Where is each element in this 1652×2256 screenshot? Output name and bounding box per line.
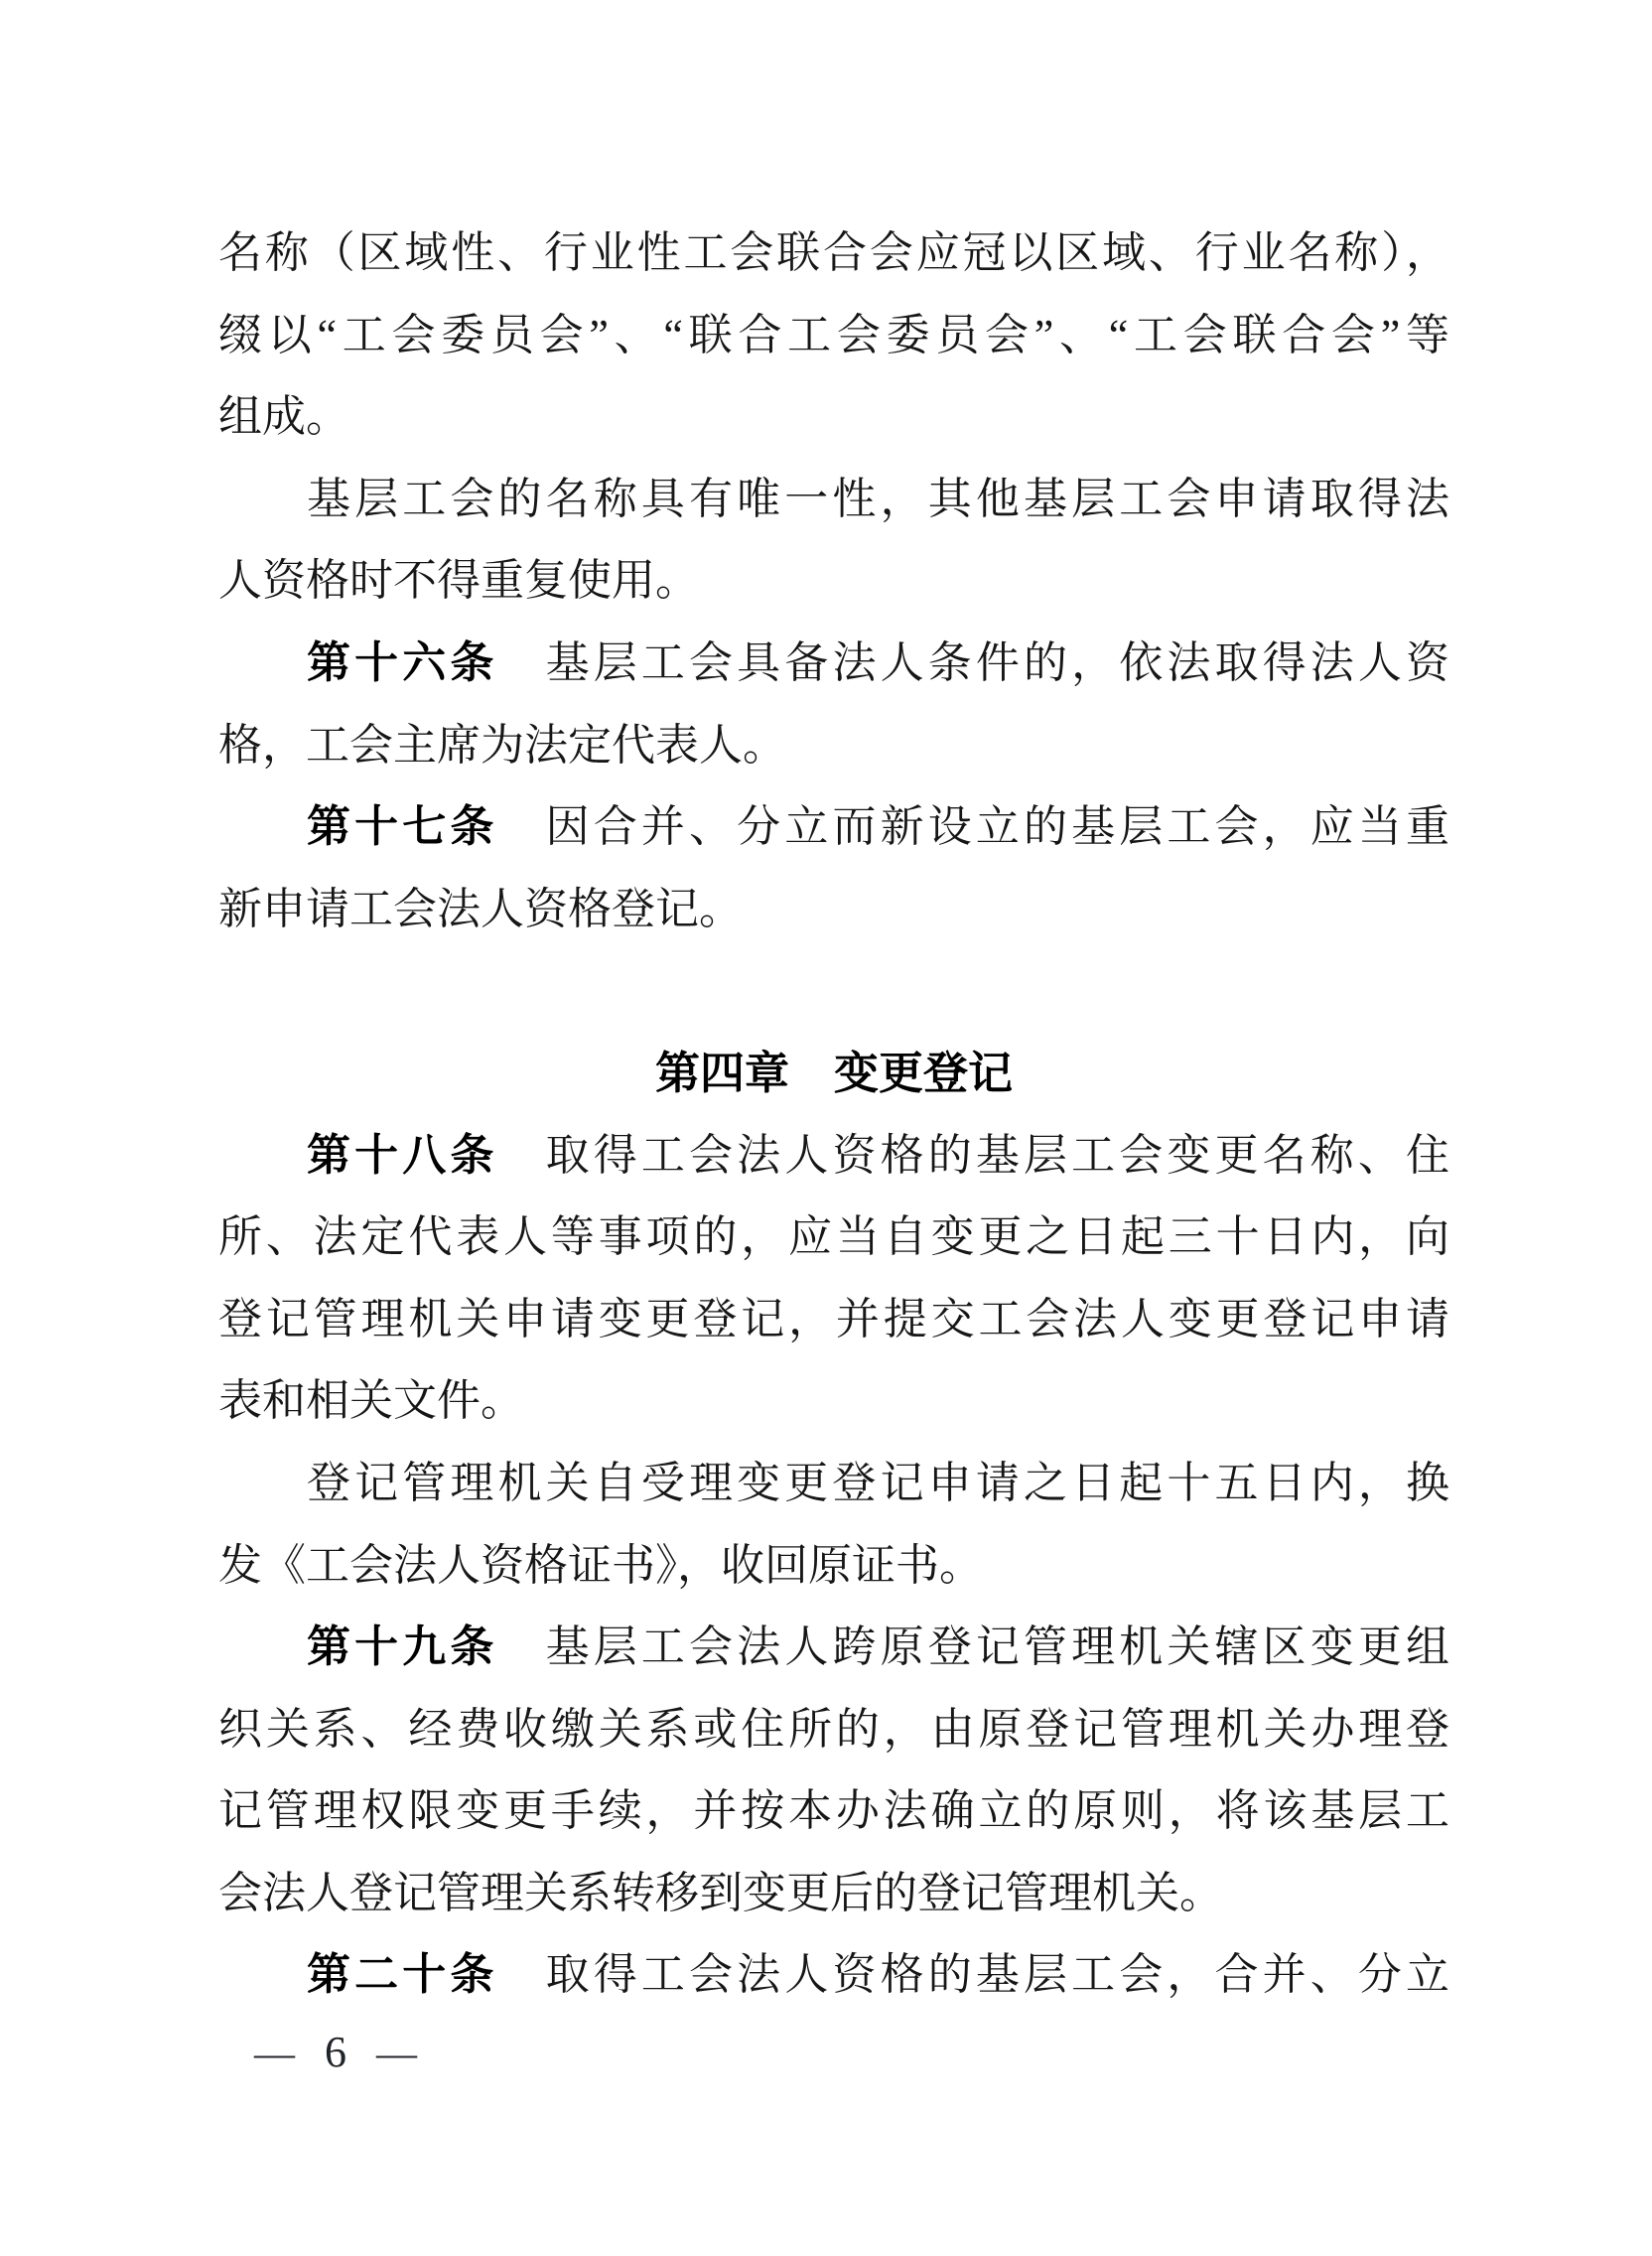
article-number: 第十七条 [307,802,498,851]
article-number: 第十九条 [307,1622,498,1671]
text-line: 格，工会主席为法定代表人。 [218,705,1449,787]
document-page: 名称（区域性、行业性工会联合会应冠以区域、行业名称），缀以“工会委员会”、“联合… [0,0,1652,2256]
text-line: 登记管理机关自受理变更登记申请之日起十五日内，换 [218,1443,1449,1525]
text-line: 登记管理机关申请变更登记，并提交工会法人变更登记申请 [218,1279,1449,1361]
page-footer: — 6 — [254,2028,417,2077]
chapter-heading: 第四章 变更登记 [218,1033,1449,1115]
footer-dash-left: — [254,2028,295,2077]
footer-dash-right: — [376,2028,417,2077]
text-line: 组成。 [218,376,1449,459]
blank-line [218,950,1449,1033]
text-line: 新申请工会法人资格登记。 [218,869,1449,951]
text-line: 会法人登记管理关系转移到变更后的登记管理机关。 [218,1853,1449,1935]
article-number: 第二十条 [307,1950,498,1999]
text-line: 所、法定代表人等事项的，应当自变更之日起三十日内，向 [218,1197,1449,1279]
text-line: 发《工会法人资格证书》，收回原证书。 [218,1525,1449,1608]
text-line: 缀以“工会委员会”、“联合工会委员会”、“工会联合会”等 [218,295,1449,377]
text-line: 基层工会的名称具有唯一性，其他基层工会申请取得法 [218,459,1449,541]
page-number: 6 [325,2028,346,2077]
document-body: 名称（区域性、行业性工会联合会应冠以区域、行业名称），缀以“工会委员会”、“联合… [218,212,1449,2017]
article-number: 第十六条 [307,638,498,687]
text-line: 第二十条 取得工会法人资格的基层工会，合并、分立 [218,1934,1449,2017]
text-line: 第十九条 基层工会法人跨原登记管理机关辖区变更组 [218,1607,1449,1689]
text-line: 记管理权限变更手续，并按本办法确立的原则，将该基层工 [218,1770,1449,1853]
text-line: 第十六条 基层工会具备法人条件的，依法取得法人资 [218,623,1449,705]
article-number: 第十八条 [307,1131,498,1180]
text-line: 第十七条 因合并、分立而新设立的基层工会，应当重 [218,786,1449,869]
text-line: 名称（区域性、行业性工会联合会应冠以区域、行业名称）， [218,212,1449,295]
text-line: 人资格时不得重复使用。 [218,540,1449,623]
text-line: 第十八条 取得工会法人资格的基层工会变更名称、住 [218,1115,1449,1198]
text-line: 表和相关文件。 [218,1360,1449,1443]
text-line: 织关系、经费收缴关系或住所的，由原登记管理机关办理登 [218,1689,1449,1771]
